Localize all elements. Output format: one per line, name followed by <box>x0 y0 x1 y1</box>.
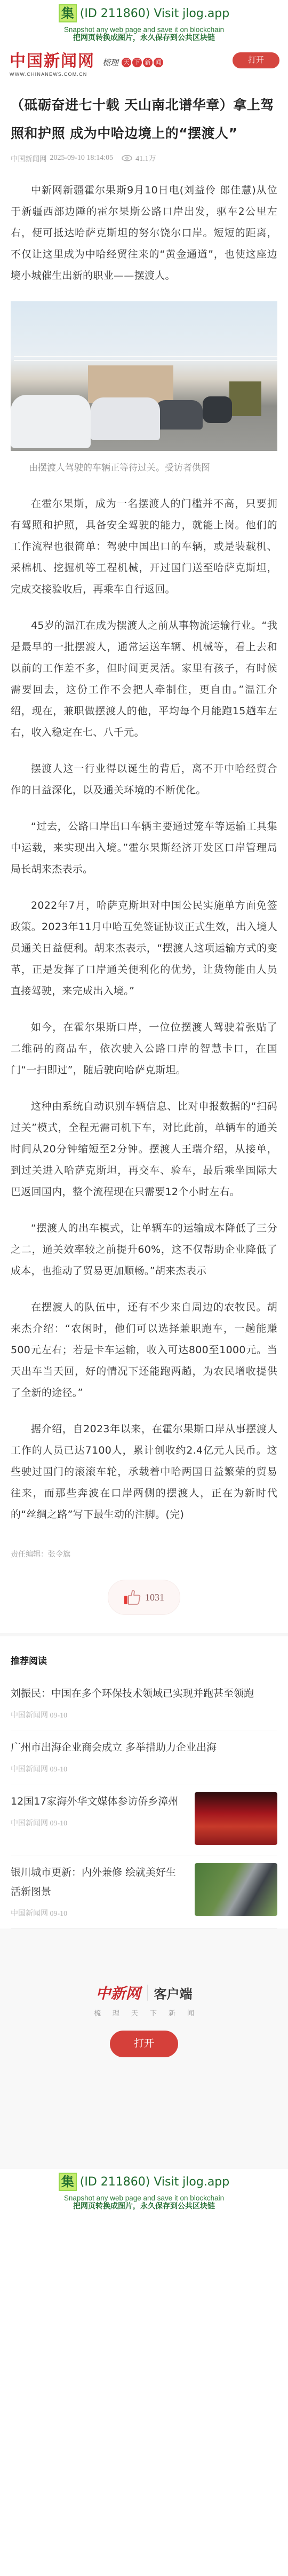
thumbs-up-icon <box>124 1589 141 1605</box>
promo-brand-logo: 中新网 <box>95 1982 140 2003</box>
paragraph: 如今，在霍尔果斯口岸，一位位摆渡人驾驶着张贴了二维码的商品车，依次驶入公路口岸的… <box>11 1017 277 1081</box>
recommended-source-date: 中国新闻网 09-10 <box>11 1763 277 1774</box>
slogan-circle: 新 <box>143 58 153 67</box>
section-divider <box>0 1633 288 1636</box>
recommended-headline[interactable]: 刘振民：中国在多个环保技术领域已实现并跑甚至领跑 <box>11 1684 277 1703</box>
promo-client-label: 客户端 <box>154 1984 193 2002</box>
slogan-circle: 闻 <box>154 58 163 67</box>
responsible-editor: 责任编辑：张令旗 <box>11 1549 277 1559</box>
recommended-item[interactable]: 刘振民：中国在多个环保技术领域已实现并跑甚至领跑 中国新闻网 09-10 <box>11 1676 277 1730</box>
article-datetime: 2025-09-10 18:14:05 <box>50 154 114 162</box>
slogan-circle: 下 <box>132 58 142 67</box>
watermark-id-link[interactable]: (ID 211860) Visit jlog.app <box>80 2175 230 2189</box>
article-body: 中新网新疆霍尔果斯9月10日电(刘益伶 郎佳慧)从位于新疆西部边陲的霍尔果斯公路… <box>11 179 277 1525</box>
watermark-cn-text: 把网页转换成图片，永久保存到公共区块链 <box>0 34 288 42</box>
watermark-cn-text: 把网页转换成图片，永久保存到公共区块链 <box>0 2202 288 2211</box>
paragraph: 摆渡人这一行业得以诞生的背后，离不开中哈经贸合作的日益深化，以及通关环境的不断优… <box>11 758 277 801</box>
recommended-headline[interactable]: 广州市出海企业商会成立 多举措助力企业出海 <box>11 1738 277 1757</box>
paragraph: 2022年7月，哈萨克斯坦对中国公民实施单方面免签政策。2023年11月中哈互免… <box>11 895 277 1002</box>
jlog-badge-icon: 集 <box>59 2173 77 2191</box>
article-source: 中国新闻网 <box>11 153 47 163</box>
recommended-item[interactable]: 广州市出海企业商会成立 多举措助力企业出海 中国新闻网 09-10 <box>11 1730 277 1784</box>
view-count: 41.1万 <box>135 153 156 163</box>
paragraph: 中新网新疆霍尔果斯9月10日电(刘益伶 郎佳慧)从位于新疆西部边陲的霍尔果斯公路… <box>11 179 277 286</box>
recommended-headline[interactable]: 银川城市更新：内外兼修 绘就美好生活新图景 <box>11 1863 183 1901</box>
recommended-thumbnail[interactable] <box>195 1792 277 1845</box>
paragraph: “过去，公路口岸出口车辆主要通过笼车等运输工具集中运载，来实现出入境。”霍尔果斯… <box>11 816 277 880</box>
paragraph: 45岁的温江在成为摆渡人之前从事物流运输行业。“我是最早的一批摆渡人，通常运送车… <box>11 615 277 743</box>
article-photo <box>11 301 277 451</box>
site-logo[interactable]: 中国新闻网 <box>10 52 95 71</box>
open-app-button-bottom[interactable]: 打开 <box>110 2031 178 2057</box>
site-logo-small: 中新网 <box>84 52 90 68</box>
article-title: （砥砺奋进七十载 天山南北谱华章）拿上驾照和护照 成为中哈边境上的“摆渡人” <box>11 91 277 147</box>
watermark-id-link[interactable]: (ID 211860) Visit jlog.app <box>80 7 230 20</box>
like-section: 1031 <box>0 1569 288 1633</box>
paragraph: 这种由系统自动识别车辆信息、比对申报数据的“扫码过关”模式，全程无需司机下车，对… <box>11 1096 277 1203</box>
recommended-item[interactable]: 银川城市更新：内外兼修 绘就美好生活新图景 中国新闻网 09-10 <box>11 1855 277 1929</box>
photo-caption: 由摆渡人驾驶的车辆正等待过关。受访者供图 <box>11 458 277 478</box>
like-count: 1031 <box>145 1592 164 1603</box>
recommended-item[interactable]: 12国17家海外华文媒体参访侨乡漳州 中国新闻网 09-10 <box>11 1784 277 1855</box>
recommended-source-date: 中国新闻网 09-10 <box>11 1908 183 1918</box>
recommended-source-date: 中国新闻网 09-10 <box>11 1817 183 1828</box>
recommended-thumbnail[interactable] <box>195 1863 277 1916</box>
site-slogan: 梳理 天 下 新 闻 <box>102 57 163 68</box>
eye-icon <box>122 155 132 161</box>
watermark-en-text: Snapshot any web page and save it on blo… <box>0 2194 288 2202</box>
paragraph: 据介绍，自2023年以来，在霍尔果斯口岸从事摆渡人工作的人员已达7100人，累计… <box>11 1418 277 1525</box>
promo-divider <box>147 1985 148 2001</box>
like-button[interactable]: 1031 <box>108 1580 180 1615</box>
paragraph: 在霍尔果斯，成为一名摆渡人的门槛并不高，只要拥有驾照和护照，具备安全驾驶的能力，… <box>11 493 277 600</box>
paragraph: “摆渡人的出车模式，让单辆车的运输成本降低了三分之二，通关效率较之前提升60%，… <box>11 1217 277 1282</box>
recommended-heading: 推荐阅读 <box>11 1653 277 1667</box>
slogan-script: 梳理 <box>102 57 118 68</box>
recommended-headline[interactable]: 12国17家海外华文媒体参访侨乡漳州 <box>11 1792 183 1811</box>
article: （砥砺奋进七十载 天山南北谱华章）拿上驾照和护照 成为中哈边境上的“摆渡人” 中… <box>0 91 288 1559</box>
watermark-en-text: Snapshot any web page and save it on blo… <box>0 26 288 34</box>
paragraph: 在摆渡人的队伍中，还有不少来自周边的农牧民。胡来杰介绍：“农闲时，他们可以选择兼… <box>11 1297 277 1403</box>
slogan-circle: 天 <box>122 58 131 67</box>
app-promo: 中新网 客户端 梳理天下新闻 打开 <box>0 1929 288 2169</box>
promo-tagline: 梳理天下新闻 <box>0 2008 288 2018</box>
watermark-banner-top: 集 (ID 211860) Visit jlog.app Snapshot an… <box>0 0 288 47</box>
site-header: 中国新闻网 中新网 WWW.CHINANEWS.COM.CN 梳理 天 下 新 … <box>0 47 288 82</box>
jlog-badge-icon: 集 <box>59 4 77 22</box>
watermark-banner-bottom: 集 (ID 211860) Visit jlog.app Snapshot an… <box>0 2169 288 2212</box>
open-app-button-top[interactable]: 打开 <box>233 52 279 68</box>
site-url: WWW.CHINANEWS.COM.CN <box>10 72 87 77</box>
recommended-section: 推荐阅读 刘振民：中国在多个环保技术领域已实现并跑甚至领跑 中国新闻网 09-1… <box>0 1653 288 1929</box>
recommended-source-date: 中国新闻网 09-10 <box>11 1709 277 1720</box>
article-meta: 中国新闻网 2025-09-10 18:14:05 41.1万 <box>11 153 277 163</box>
